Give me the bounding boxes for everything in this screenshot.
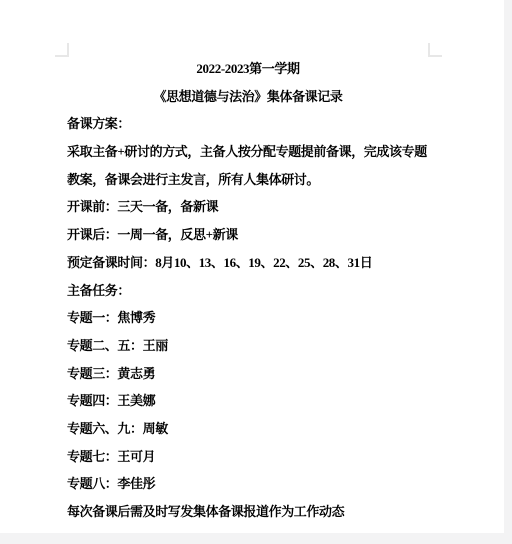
word-document-view: 2022-2023第一学期 《思想道德与法治》集体备课记录 备课方案： 采取主备… — [0, 0, 512, 544]
document-line: 主备任务： — [67, 277, 429, 305]
document-line: 开课前：三天一备，备新课 — [67, 193, 429, 221]
document-line: 专题四：王美娜 — [67, 387, 429, 415]
document-line: 开课后：一周一备，反思+新课 — [67, 221, 429, 249]
document-line: 预定备课时间：8月10、13、16、19、22、25、28、31日 — [67, 249, 429, 277]
document-line: 专题一：焦博秀 — [67, 304, 429, 332]
document-line: 专题三：黄志勇 — [67, 360, 429, 388]
document-line: 教案，备课会进行主发言，所有人集体研讨。 — [67, 166, 429, 194]
document-page[interactable]: 2022-2023第一学期 《思想道德与法治》集体备课记录 备课方案： 采取主备… — [0, 0, 504, 533]
document-line: 专题七：王可月 — [67, 443, 429, 471]
app-background-right-strip — [504, 0, 512, 544]
document-line: 备课方案： — [67, 110, 429, 138]
document-content[interactable]: 2022-2023第一学期 《思想道德与法治》集体备课记录 备课方案： 采取主备… — [67, 55, 429, 526]
document-line: 每次备课后需及时写发集体备课报道作为工作动态 — [67, 498, 429, 526]
margin-crop-mark-top-right — [428, 43, 442, 57]
document-title-line-2: 《思想道德与法治》集体备课记录 — [67, 83, 429, 111]
document-line: 专题六、九：周敏 — [67, 415, 429, 443]
document-title-line-1: 2022-2023第一学期 — [67, 55, 429, 83]
app-background-bottom-strip — [0, 533, 512, 544]
document-line: 专题二、五：王丽 — [67, 332, 429, 360]
document-line: 专题八：李佳彤 — [67, 470, 429, 498]
document-line: 采取主备+研讨的方式，主备人按分配专题提前备课，完成该专题 — [67, 138, 429, 166]
